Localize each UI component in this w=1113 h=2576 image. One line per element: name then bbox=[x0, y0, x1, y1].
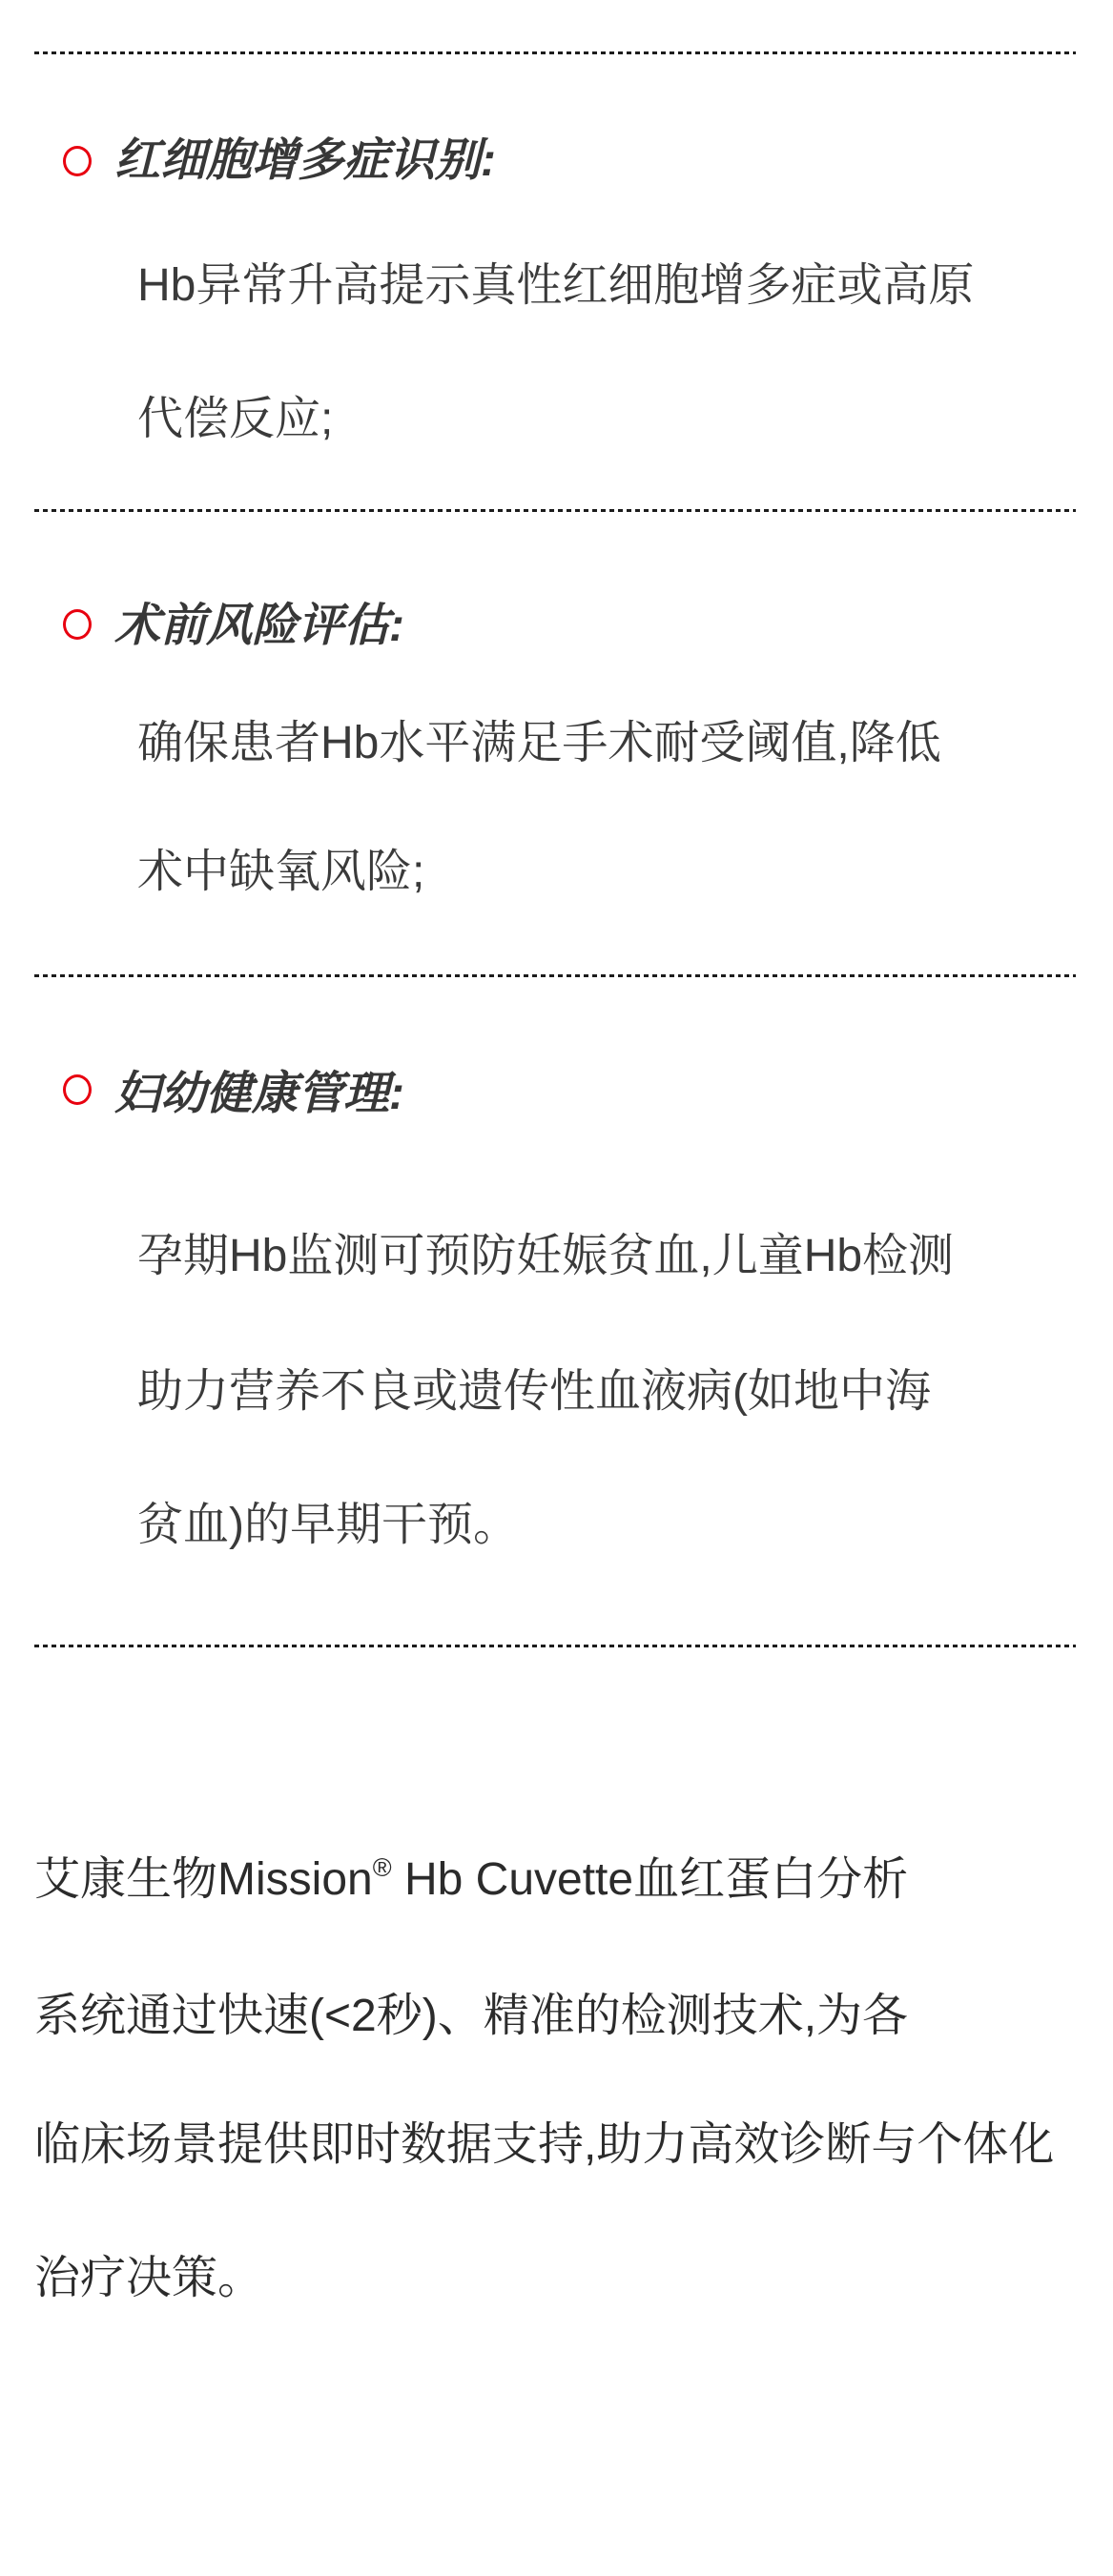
section-body-line: 助力营养不良或遗传性血液病(如地中海 bbox=[137, 1365, 931, 1419]
section-body-line: 确保患者Hb水平满足手术耐受阈值,降低 bbox=[137, 717, 941, 770]
bullet-circle-icon bbox=[63, 609, 92, 640]
brand-product-name-suffix: Hb Cuvette血红蛋白分析 bbox=[392, 1854, 908, 1905]
section-heading: 术前风险评估: bbox=[114, 600, 404, 653]
dashed-divider bbox=[34, 1645, 1076, 1647]
brand-product-name: 艾康生物Mission bbox=[34, 1854, 373, 1905]
bullet-circle-icon bbox=[63, 1074, 92, 1105]
closing-line: 临床场景提供即时数据支持,助力高效诊断与个体化 bbox=[34, 2118, 1054, 2172]
section-body-line: Hb异常升高提示真性红细胞增多症或高原 bbox=[137, 259, 974, 313]
closing-line: 系统通过快速(<2秒)、精准的检测技术,为各 bbox=[34, 1990, 908, 2043]
section-body-line: 术中缺氧风险; bbox=[137, 846, 424, 899]
dashed-divider bbox=[34, 509, 1076, 512]
registered-trademark-mark: ® bbox=[373, 1853, 392, 1882]
section-heading: 红细胞增多症识别: bbox=[114, 134, 496, 188]
section-body-line: 代偿反应; bbox=[137, 393, 333, 446]
article-page: 红细胞增多症识别: Hb异常升高提示真性红细胞增多症或高原 代偿反应; 术前风险… bbox=[0, 0, 1113, 2576]
dashed-divider bbox=[34, 51, 1076, 54]
dashed-divider bbox=[34, 974, 1076, 977]
closing-line: 艾康生物Mission® Hb Cuvette血红蛋白分析 bbox=[34, 1853, 908, 1907]
section-body-line: 孕期Hb监测可预防妊娠贫血,儿童Hb检测 bbox=[137, 1230, 954, 1283]
section-body-line: 贫血)的早期干预。 bbox=[137, 1499, 519, 1552]
bullet-circle-icon bbox=[63, 146, 92, 176]
section-heading: 妇幼健康管理: bbox=[114, 1068, 404, 1121]
closing-line: 治疗决策。 bbox=[34, 2252, 263, 2305]
